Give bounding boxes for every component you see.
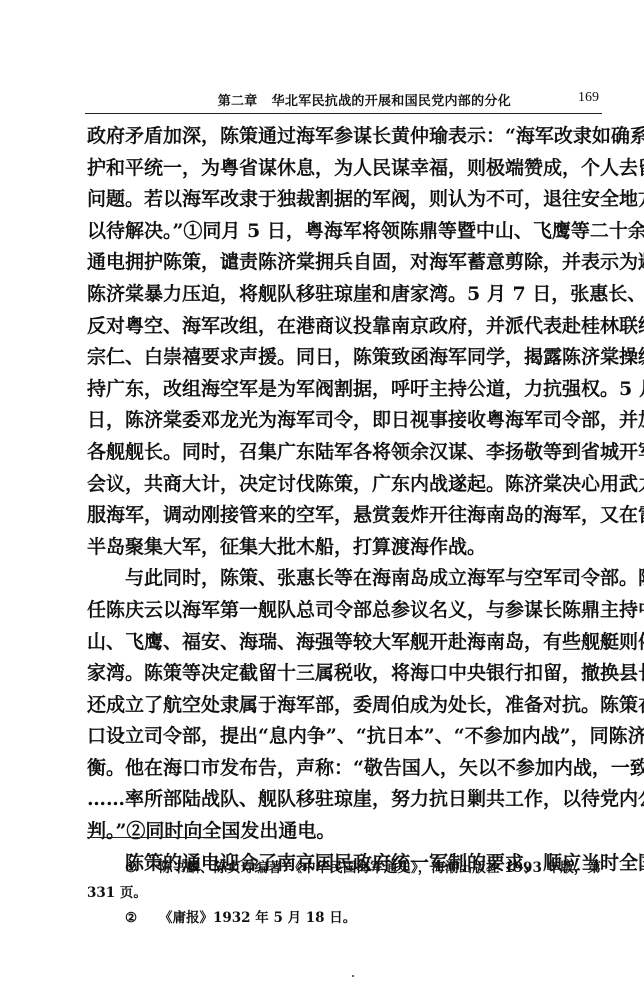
footnote-marker: ②: [125, 906, 159, 931]
text-line: 山、飞鹰、福安、海瑞、海强等较大军舰开赴海南岛，有些舰艇则停在唐: [87, 627, 601, 659]
footnotes: ①陈书麟、陈贞寿编著：《中华民国海军通史》，海潮出版社 1993 年版，第 33…: [87, 856, 601, 931]
text-line: 持广东，改组海空军是为军阀割据，呼吁主持公道，力抗强权。5 月 11: [87, 374, 601, 406]
book-page: 第二章华北军民抗战的开展和国民党内部的分化 169 政府矛盾加深，陈策通过海军参…: [0, 0, 644, 1000]
text-line: 会议，共商大计，决定讨伐陈策，广东内战遂起。陈济棠决心用武力压: [87, 469, 601, 501]
header-rule: [85, 113, 602, 114]
scan-speck: [352, 975, 354, 977]
text-line: 还成立了航空处隶属于海军部，委周伯成为处长，准备对抗。陈策在海: [87, 690, 601, 722]
paragraph-end-line: 半岛聚集大军，征集大批木船，打算渡海作战。: [87, 532, 601, 564]
footnote-1: ①陈书麟、陈贞寿编著：《中华民国海军通史》，海潮出版社 1993 年版，第 33…: [87, 856, 601, 906]
text-line: 宗仁、白崇禧要求声援。同日，陈策致函海军同学，揭露陈济棠操纵把: [87, 342, 601, 374]
text-line: 家湾。陈策等决定截留十三属税收，将海口中央银行扣留，撤换县长，: [87, 658, 601, 690]
footnote-marker: ①: [125, 856, 159, 881]
footnote-separator: [87, 837, 212, 838]
chapter-number: 第二章: [218, 94, 258, 109]
text-line: 以待解决。”①同月 5 日，粤海军将领陈鼎等暨中山、飞鹰等二十余舰长: [87, 216, 601, 248]
footnote-text-continued: 331 页。: [87, 881, 601, 906]
text-line: 服海军，调动刚接管来的空军，悬赏轰炸开往海南岛的海军，又在雷州: [87, 500, 601, 532]
text-line: 日，陈济棠委邓龙光为海军司令，即日视事接收粤海军司令部，并加委: [87, 405, 601, 437]
text-line: 政府矛盾加深，陈策通过海军参谋长黄仲瑜表示：“海军改隶如确系维: [87, 121, 601, 153]
chapter-title: 第二章华北军民抗战的开展和国民党内部的分化: [218, 90, 511, 109]
text-line: ……率所部陆战队、舰队移驻琼崖，努力抗日剿共工作，以待党内公: [87, 784, 601, 816]
text-line: 各舰舰长。同时，召集广东陆军各将领余汉谋、李扬敬等到省城开军事: [87, 437, 601, 469]
text-line: 反对粤空、海军改组，在港商议投靠南京政府，并派代表赴桂林联络李: [87, 311, 601, 343]
chapter-name: 华北军民抗战的开展和国民党内部的分化: [272, 94, 511, 109]
body-text: 政府矛盾加深，陈策通过海军参谋长黄仲瑜表示：“海军改隶如确系维 护和平统一，为粤…: [87, 121, 601, 879]
paragraph-start-line: 与此同时，陈策、张惠长等在海南岛成立海军与空军司令部。陈策: [87, 563, 601, 595]
text-line: 护和平统一，为粤省谋休息，为人民谋幸福，则极端赞成，个人去留不成: [87, 153, 601, 185]
text-line: 衡。他在海口市发布告，声称：“敬告国人，矢以不参加内战，一致对外: [87, 753, 601, 785]
paragraph-end-line: 判。”②同时向全国发出通电。: [87, 816, 601, 848]
text-line: 通电拥护陈策，谴责陈济棠拥兵自固，对海军蓄意剪除，并表示为避免: [87, 247, 601, 279]
text-line: 任陈庆云以海军第一舰队总司令部总参议名义，与参谋长陈鼎主持中: [87, 595, 601, 627]
running-header: 第二章华北军民抗战的开展和国民党内部的分化 169: [86, 88, 601, 110]
text-line: 问题。若以海军改隶于独裁割据的军阀，则认为不可，退往安全地方，: [87, 184, 601, 216]
footnote-2: ②《庸报》1932 年 5 月 18 日。: [87, 906, 601, 931]
page-number: 169: [578, 90, 599, 106]
text-line: 陈济棠暴力压迫，将舰队移驻琼崖和唐家湾。5 月 7 日，张惠长、陈策: [87, 279, 601, 311]
footnote-text: 陈书麟、陈贞寿编著：《中华民国海军通史》，海潮出版社 1993 年版，第: [159, 860, 601, 876]
text-line: 口设立司令部，提出“息内争”、“抗日本”、“不参加内战”，同陈济棠相抗: [87, 721, 601, 753]
footnote-text: 《庸报》1932 年 5 月 18 日。: [159, 910, 356, 926]
